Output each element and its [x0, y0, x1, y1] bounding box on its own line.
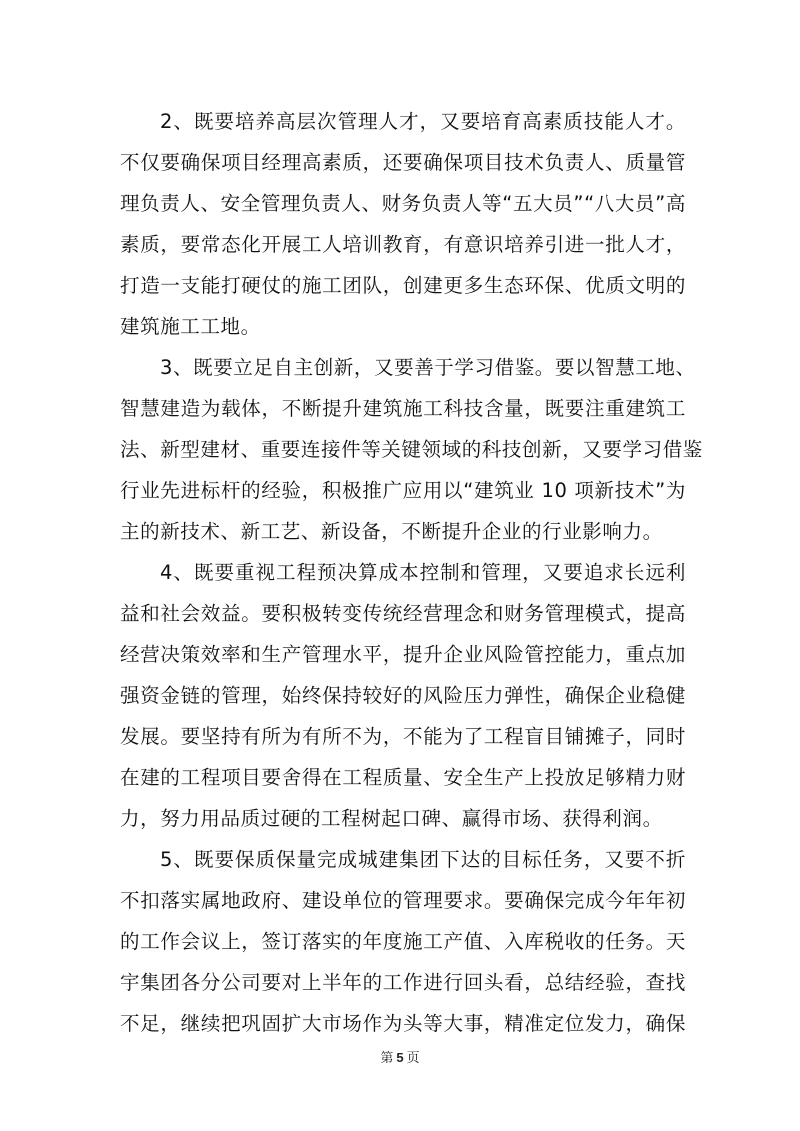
paragraph-5-line-5: 不足，继续把巩固扩大市场作为头等大事，精准定位发力，确保 — [120, 1009, 686, 1039]
paragraph-4-line-1: 4、既要重视工程预决算成本控制和管理，又要追求长远利 — [160, 558, 686, 588]
paragraph-2-line-2: 不仅要确保项目经理高素质，还要确保项目技术负责人、质量管 — [120, 148, 686, 178]
paragraph-4-line-7: 力，努力用品质过硬的工程树起口碑、赢得市场、获得利润。 — [120, 804, 686, 834]
document-page: 2、既要培养高层次管理人才，又要培育高素质技能人才。 不仅要确保项目经理高素质，… — [0, 0, 800, 1131]
paragraph-3-line-5: 主的新技术、新工艺、新设备，不断提升企业的行业影响力。 — [120, 517, 686, 547]
paragraph-2-line-4: 素质，要常态化开展工人培训教育，有意识培养引进一批人才， — [120, 230, 686, 260]
paragraph-4-line-3: 经营决策效率和生产管理水平，提升企业风险管控能力，重点加 — [120, 640, 686, 670]
paragraph-5-line-1: 5、既要保质保量完成城建集团下达的目标任务，又要不折 — [160, 845, 686, 875]
paragraph-4-line-4: 强资金链的管理，始终保持较好的风险压力弹性，确保企业稳健 — [120, 681, 686, 711]
paragraph-2-line-6: 建筑施工工地。 — [120, 312, 686, 342]
page-label-suffix: 页 — [407, 1051, 420, 1066]
paragraph-2-line-1: 2、既要培养高层次管理人才，又要培育高素质技能人才。 — [160, 107, 686, 137]
paragraph-3-line-3: 法、新型建材、重要连接件等关键领域的科技创新，又要学习借鉴 — [120, 435, 686, 465]
paragraph-3-line-4: 行业先进标杆的经验，积极推广应用以“建筑业 10 项新技术”为 — [120, 476, 686, 506]
page-number: 5 — [396, 1050, 403, 1065]
page-footer: 第5页 — [0, 1047, 800, 1066]
paragraph-2-line-5: 打造一支能打硬仗的施工团队，创建更多生态环保、优质文明的 — [120, 271, 686, 301]
paragraph-4-line-6: 在建的工程项目要舍得在工程质量、安全生产上投放足够精力财 — [120, 763, 686, 793]
paragraph-4-line-5: 发展。要坚持有所为有所不为，不能为了工程盲目铺摊子，同时 — [120, 722, 686, 752]
page-label-prefix: 第 — [380, 1051, 393, 1066]
paragraph-3-line-1: 3、既要立足自主创新，又要善于学习借鉴。要以智慧工地、 — [160, 353, 686, 383]
paragraph-4-line-2: 益和社会效益。要积极转变传统经营理念和财务管理模式，提高 — [120, 599, 686, 629]
paragraph-3-line-2: 智慧建造为载体，不断提升建筑施工科技含量，既要注重建筑工 — [120, 394, 686, 424]
paragraph-5-line-3: 的工作会议上，签订落实的年度施工产值、入库税收的任务。天 — [120, 927, 686, 957]
paragraph-2-line-3: 理负责人、安全管理负责人、财务负责人等“五大员”“八大员”高 — [120, 189, 686, 219]
paragraph-5-line-4: 宇集团各分公司要对上半年的工作进行回头看，总结经验，查找 — [120, 968, 686, 998]
paragraph-5-line-2: 不扣落实属地政府、建设单位的管理要求。要确保完成今年年初 — [120, 886, 686, 916]
